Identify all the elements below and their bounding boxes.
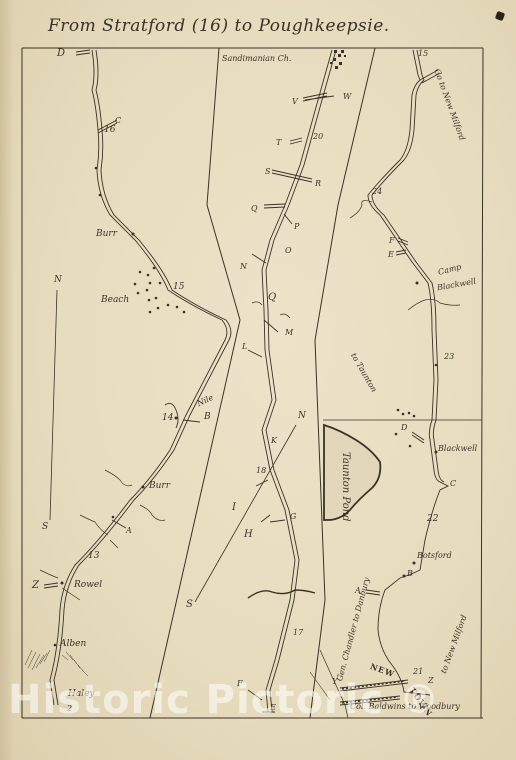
label-mid-H: H <box>244 530 253 540</box>
label-right-F: F <box>389 237 395 245</box>
label-mid-P: P <box>294 223 299 231</box>
label-blackwell: Blackwell <box>438 445 477 453</box>
church-buildings <box>330 50 346 69</box>
label-right-C: C <box>450 480 456 488</box>
label-mid-mile-20: 20 <box>313 133 323 141</box>
label-left-compass-N: N <box>54 276 62 285</box>
label-mid-compass-S: S <box>186 600 193 610</box>
label-mid-I: I <box>232 503 236 513</box>
label-left-mile-15: 15 <box>173 283 184 292</box>
label-sandimanian-church: Sandimanian Ch. <box>222 55 291 63</box>
label-mid-L: L <box>242 343 247 351</box>
label-mid-S: S <box>265 168 270 176</box>
label-mid-N: N <box>240 263 247 271</box>
label-mid-Q2: Q <box>268 293 276 303</box>
label-mid-M: M <box>285 329 293 337</box>
label-right-B: B <box>407 570 413 578</box>
label-botsford: Botsford <box>417 552 452 560</box>
hill-hatching <box>25 650 88 676</box>
label-alben: Alben <box>60 640 86 649</box>
left-compass-line <box>50 290 57 520</box>
label-left-Z: Z <box>32 581 39 591</box>
label-left-A: A <box>126 527 132 535</box>
label-mid-K: K <box>271 437 277 445</box>
left-road <box>40 50 231 705</box>
label-beach: Beach <box>101 296 129 305</box>
label-right-D: D <box>401 424 407 432</box>
map-page: From Stratford (16) to Poughkeepsie. <box>0 0 516 760</box>
label-mid-T: T <box>276 139 281 147</box>
label-left-mile-13: 13 <box>88 552 99 561</box>
label-mid-Q: Q <box>251 205 258 213</box>
label-mid-G: G <box>290 513 296 521</box>
label-mid-compass-N: N <box>298 412 306 421</box>
label-mid-R: R <box>315 180 321 188</box>
label-left-mile-16: 16 <box>104 126 115 135</box>
label-left-mile-14: 14 <box>162 414 173 423</box>
middle-road <box>195 50 336 712</box>
label-right-mile-15: 15 <box>418 50 428 58</box>
label-burr-bottom: Burr <box>149 482 170 491</box>
label-taunton-pond: Taunton Pond <box>340 452 350 522</box>
label-left-B: B <box>204 413 211 422</box>
label-mid-mile-17: 17 <box>293 629 303 637</box>
label-mid-V: V <box>292 98 298 106</box>
label-right-mile-22: 22 <box>427 515 438 524</box>
label-right-mile-24: 24 <box>372 188 382 196</box>
watermark: Historic Pictoric ® <box>8 677 440 723</box>
label-right-E: E <box>388 251 394 259</box>
label-left-C: C <box>115 117 121 125</box>
label-mid-O: O <box>285 247 292 255</box>
right-road <box>310 50 460 718</box>
label-rowel: Rowel <box>74 581 102 590</box>
frame-right <box>481 48 483 718</box>
label-burr-top: Burr <box>96 230 117 239</box>
label-right-mile-21: 21 <box>413 668 423 676</box>
taunton-pond <box>324 425 380 520</box>
label-left-compass-S: S <box>42 523 48 532</box>
label-right-mile-23: 23 <box>444 353 454 361</box>
label-left-D: D <box>57 49 65 59</box>
label-mid-mile-18: 18 <box>256 467 266 475</box>
label-mid-W: W <box>343 93 351 101</box>
strip-divider-left <box>150 48 240 718</box>
